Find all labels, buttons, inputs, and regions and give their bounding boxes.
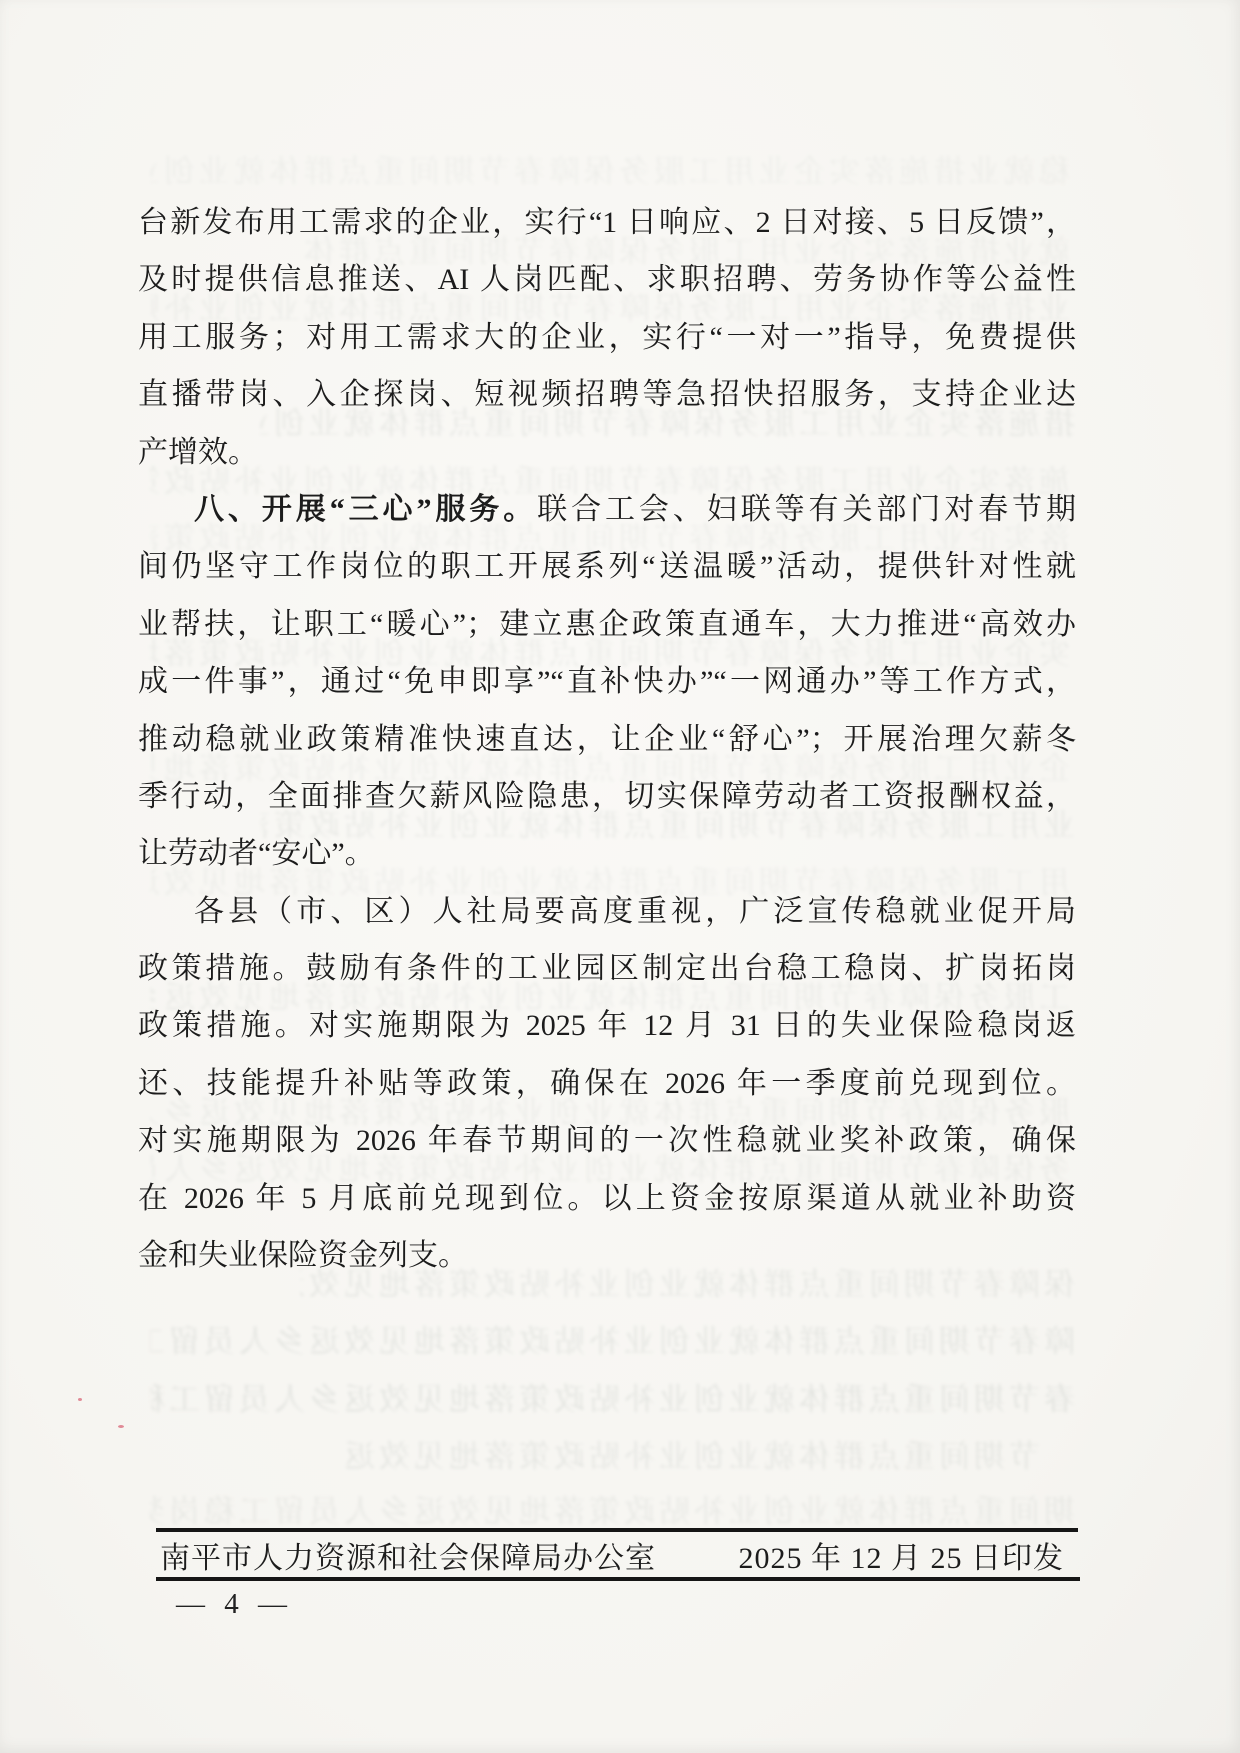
text-line: 季行动，全面排查欠薪风险隐患，切实保障劳动者工资报酬权益， [138, 768, 1076, 825]
bleed-line: 节期间重点群体就业创业补贴政策落地见效返乡人员留工稳岗奖补资金兑现就业服务点可给… [340, 1435, 1040, 1479]
text-line: 产增效。 [138, 424, 1076, 481]
text-line: 用工服务；对用工需求大的企业，实行“一对一”指导，免费提供 [138, 309, 1076, 366]
text-line: 台新发布用工需求的企业，实行“1 日响应、2 日对接、5 日反馈”， [138, 194, 1076, 251]
text-line: 在 2026 年 5 月底前兑现到位。以上资金按原渠道从就业补助资 [138, 1170, 1076, 1227]
text-line: 成一件事”，通过“免申即享”“直补快办”“一网通办”等工作方式， [138, 653, 1076, 710]
text-line: 推动稳就业政策精准快速直达，让企业“舒心”；开展治理欠薪冬 [138, 711, 1076, 768]
text-line: 政策措施。鼓励有条件的工业园区制定出台稳工稳岗、扩岗拓岗 [138, 940, 1076, 997]
text-line: 间仍坚守工作岗位的职工开展系列“送温暖”活动，提供针对性就 [138, 538, 1076, 595]
text-line: 八、开展“三心”服务。联合工会、妇联等有关部门对春节期 [138, 481, 1076, 538]
text-line: 还、技能提升补贴等政策，确保在 2026 年一季度前兑现到位。 [138, 1055, 1076, 1112]
document-body: 台新发布用工需求的企业，实行“1 日响应、2 日对接、5 日反馈”，及时提供信息… [138, 194, 1076, 1284]
text-line: 让劳动者“安心”。 [138, 825, 1076, 882]
footer-issuer: 南平市人力资源和社会保障局办公室 [156, 1533, 656, 1577]
bleed-line: 稳就业措施落实企业用工服务保障春节期间重点群体就业创业补贴政策落地见效返乡人员留… [150, 150, 1070, 194]
scan-artifact [78, 1398, 82, 1401]
bleed-line: 春节期间重点群体就业创业补贴政策落地见效返乡人员留工稳岗奖补资金兑现就业服务点可… [150, 1378, 1075, 1422]
text-line: 金和失业保险资金列支。 [138, 1227, 1076, 1284]
footer-print-date: 2025 年 12 月 25 日印发 [739, 1533, 1079, 1577]
text-line: 业帮扶，让职工“暖心”；建立惠企政策直通车，大力推进“高效办 [138, 596, 1076, 653]
text-line: 直播带岗、入企探岗、短视频招聘等急招快招服务，支持企业达 [138, 366, 1076, 423]
text-line: 对实施期限为 2026 年春节期间的一次性稳就业奖补政策，确保 [138, 1112, 1076, 1169]
bleed-line: 障春节期间重点群体就业创业补贴政策落地见效返乡人员留工稳岗奖补资金兑现就业服务点… [150, 1320, 1075, 1364]
text-line: 政策措施。对实施期限为 2025 年 12 月 31 日的失业保险稳岗返 [138, 997, 1076, 1054]
scan-artifact [118, 1425, 124, 1428]
footer: 南平市人力资源和社会保障局办公室 2025 年 12 月 25 日印发 [156, 1532, 1078, 1577]
section-heading: 八、开展“三心”服务。 [194, 493, 537, 526]
page-number: — 4 — [176, 1588, 293, 1621]
scanned-document-page: 稳就业措施落实企业用工服务保障春节期间重点群体就业创业补贴政策落地见效返乡人员留… [0, 0, 1240, 1753]
text-line: 及时提供信息推送、AI 人岗匹配、求职招聘、劳务协作等公益性 [138, 251, 1076, 308]
text-line: 各县（市、区）人社局要高度重视，广泛宣传稳就业促开局 [138, 883, 1076, 940]
footer-rule-bottom [156, 1577, 1080, 1581]
